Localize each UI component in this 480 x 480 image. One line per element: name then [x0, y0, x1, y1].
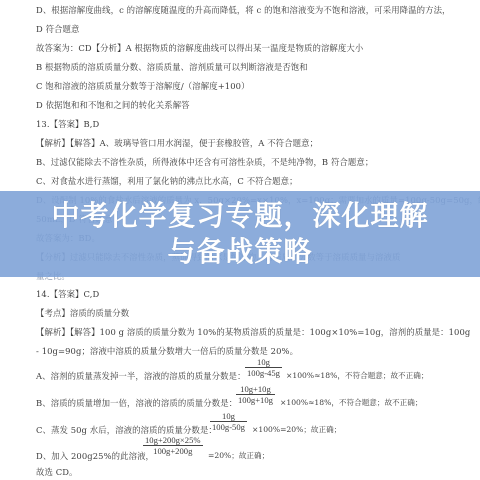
fraction-numerator: 10g [245, 357, 282, 368]
doc-line: 【解析】【解答】A、玻璃导管口用水润湿，便于套橡胶管，A 不符合题意； [36, 138, 318, 148]
fraction-numerator: 10g+200g×25% [143, 435, 203, 446]
q14-point: 【考点】溶质的质量分数 [36, 308, 129, 318]
q14-answer: 14.【答案】C,D [36, 289, 99, 299]
option-d-fraction: 10g+200g×25% 100g+200g [143, 435, 203, 456]
option-a-text: A、溶剂的质量蒸发掉一半，溶液的溶质的质量分数是： [36, 371, 246, 381]
fraction-denominator: 100g+200g [143, 446, 203, 456]
doc-line: C 饱和溶液的溶质质量分数等于溶解度/（溶解度+100） [36, 81, 250, 91]
q13-answer: 13.【答案】B,D [36, 119, 99, 129]
option-b-fraction: 10g+10g 100g+10g [236, 384, 275, 405]
doc-line: C、对食盐水进行蒸馏，利用了氯化钠的沸点比水高，C 不符合题意； [36, 176, 298, 186]
option-c-fraction: 10g 100g-50g [210, 411, 247, 432]
doc-line: 故答案为：CD【分析】A 根据物质的溶解度曲线可以得出某一温度是物质的溶解度大小 [36, 43, 363, 53]
doc-line: B、过滤仅能除去不溶性杂质，所得液体中还含有可溶性杂质，不是纯净物，B 符合题意… [36, 157, 373, 167]
fraction-denominator: 100g+10g [236, 395, 275, 405]
option-a-fraction: 10g 100g-45g [245, 357, 282, 378]
fraction-numerator: 10g [210, 411, 247, 422]
banner-title-line1: 中考化学复习专题，深化理解 [0, 200, 480, 232]
q14-conclusion: 故选 CD。 [36, 467, 78, 477]
doc-line: D、根据溶解度曲线，c 的溶解度随温度的升高而降低，将 c 的饱和溶液变为不饱和… [36, 5, 451, 15]
option-b-result: ×100%≈18%，不符合题意；故不正确； [280, 398, 422, 408]
option-c-result: ×100%=20%；故正确； [252, 425, 341, 435]
fraction-denominator: 100g-50g [210, 422, 247, 432]
title-banner: 中考化学复习专题，深化理解 与备战策略 [0, 191, 480, 277]
option-b-text: B、溶质的质量增加一倍，溶液的溶质的质量分数是： [36, 398, 237, 408]
option-d-result: =20%；故正确； [208, 451, 269, 461]
fraction-denominator: 100g-45g [245, 368, 282, 378]
doc-line: - 10g=90g；溶液中溶质的质量分数增大一倍后的质量分数是 20%。 [36, 346, 298, 356]
option-a-result: ×100%≈18%，不符合题意；故不正确； [286, 371, 428, 381]
doc-line: B 根据物质的溶质质量分数、溶质质量、溶剂质量可以判断溶液是否饱和 [36, 62, 308, 72]
doc-line: D 符合题意 [36, 24, 79, 34]
option-d-text: D、加入 200g25%的此溶液， [36, 451, 154, 461]
banner-title-line2: 与备战策略 [0, 236, 480, 268]
doc-line: 【解析】【解答】100 g 溶质的质量分数为 10%的某物质溶质的质量是：100… [36, 327, 470, 337]
option-c-text: C、蒸发 50g 水后，溶液的溶质的质量分数是： [36, 425, 217, 435]
doc-line: D 依据饱和和不饱和之间的转化关系解答 [36, 100, 190, 110]
fraction-numerator: 10g+10g [236, 384, 275, 395]
